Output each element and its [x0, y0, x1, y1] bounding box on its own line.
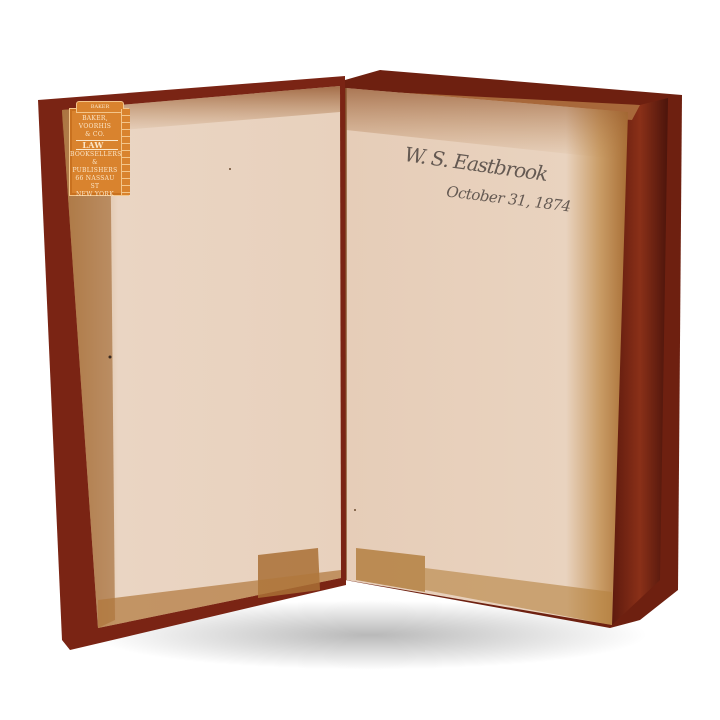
label-side-border: [121, 109, 130, 195]
label-line: & PUBLISHERS: [70, 159, 128, 175]
label-line: NEW YORK: [70, 191, 128, 199]
book-photo: BAKER BAKER, VOORHIS & CO. LAW BOOKSELLE…: [0, 0, 720, 720]
label-line: BAKER, VOORHIS: [70, 115, 128, 131]
label-line: & CO.: [70, 131, 128, 139]
label-top-tab: BAKER: [76, 101, 124, 113]
label-line-law: LAW: [76, 140, 118, 150]
label-line: 66 NASSAU ST: [70, 175, 128, 191]
bookseller-label: BAKER BAKER, VOORHIS & CO. LAW BOOKSELLE…: [69, 108, 129, 196]
label-line: BOOKSELLERS: [70, 151, 128, 159]
